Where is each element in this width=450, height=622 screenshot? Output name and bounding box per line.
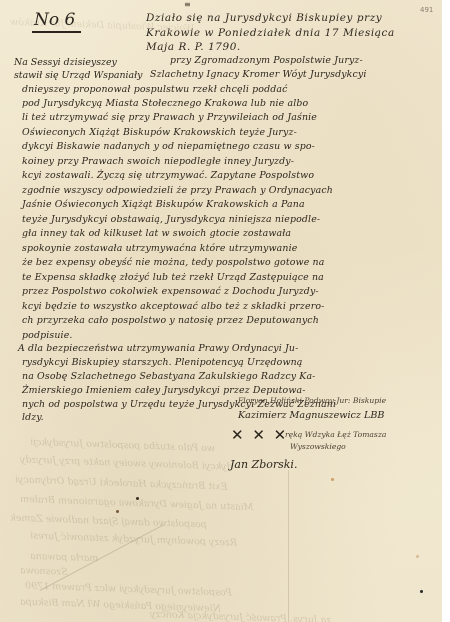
bleed-line: Exit Brańczycka Harolecki Urząd Ordynacy…	[15, 474, 228, 492]
body-line: teyże Jurysdykcyi obstawaią, Jurysdykcya…	[22, 214, 320, 225]
document-number: No 6	[32, 10, 81, 33]
bleed-line: marła pawana	[30, 551, 99, 564]
bleed-line: wo Palo stużba pospolstwo Jurysdykcji	[30, 437, 215, 454]
bleed-line: dykcyi Boleniowy swoiey nakte przy Juryz…	[20, 454, 233, 472]
body-line: Szlachetny Ignacy Kromer Wóyt Jurysdykcy…	[150, 69, 367, 80]
body-line: rysdykcyi Biskupiey starszych. Plenipote…	[22, 357, 303, 368]
stain-spot	[331, 478, 334, 481]
body-line: li też utrzymywać się przy Prawach y Prz…	[22, 112, 317, 123]
body-line: podpisuie.	[22, 330, 73, 341]
body-line: dykcyi Biskawie nadanych y od niepamiętn…	[22, 141, 315, 152]
body-line: Żmierskiego Imieniem całey Jurysdykcyi p…	[22, 385, 306, 396]
body-line: ch przyrzeka cało pospolstwo y natosię p…	[22, 315, 319, 326]
body-line: kcyi zostawali. Życzą się utrzymywać. Za…	[22, 170, 314, 181]
body-line: pod Jurysdykcyą Miasta Stołecznego Krako…	[22, 98, 308, 109]
folio-number: 491	[420, 6, 433, 14]
scan-edge	[442, 0, 446, 622]
body-line: spokoynie zostawała utrzymywaćna które u…	[22, 243, 297, 254]
signature-reka: ręką Wdzyka Łęż Tomasza	[285, 430, 386, 439]
bleed-line: Rzezy powolnym Juryzdyk zstanowić Juresi	[30, 530, 237, 548]
body-line: przy Zgromadzonym Pospolstwie Juryz-	[170, 55, 363, 66]
margin-note-line-2: stawił się Urząd Wspaniały	[14, 70, 142, 81]
ink-spot	[116, 510, 119, 513]
body-line: Oświeconych Xiążąt Biskupów Krakowskich …	[22, 127, 297, 138]
heading-line-3: Maja R. P. 1790.	[146, 41, 241, 53]
body-line: kcyi będzie to wszystko akceptować albo …	[22, 301, 324, 312]
bleed-line: Pospolstwo Jurysdykcyi wlcz Prawem 1790	[25, 580, 232, 598]
signature-kazimierz: Kazimierz Magnuszewicz LBB	[238, 410, 384, 421]
bleed-line: za Jurys. Prawość Jurysdykcja Kończy	[150, 609, 332, 622]
body-line: na Osobę Szlachetnego Sebastyana Zakulsk…	[22, 371, 316, 382]
body-line: A dla bezpieczeństwa utrzymywania Prawy …	[18, 343, 298, 354]
body-line: te Expensa składkę złożyć lub też rzekł …	[22, 272, 324, 283]
bleed-line: pospolstwo dawaj Sjazd nadlowie Zamek	[10, 513, 207, 531]
body-line: zgodnie wszyscy odpowiedzieli że przy Pr…	[22, 185, 333, 196]
stain-spot	[416, 555, 419, 558]
paper-fold	[288, 470, 289, 622]
paper-crease	[40, 524, 164, 591]
margin-note-line-1: Na Sessyi dzisieyszey	[14, 57, 117, 68]
body-line: dnieyszey proponował pospulstwu rzekł ch…	[22, 84, 288, 95]
body-line: że bez expensy obeyść nie można, tedy po…	[22, 257, 324, 268]
bleed-line: Niewieyniego Pańskiego Wł Nam Biskupa	[20, 596, 221, 614]
body-line: koiney przy Prawach swoich niepodległe i…	[22, 156, 294, 167]
heading-line-2: Krakowie w Poniedziałek dnia 17 Miesiąca	[146, 27, 395, 39]
top-scribble-mark: ≡	[184, 0, 191, 9]
signature-jan-zborski: Jan Zborski.	[230, 458, 297, 471]
body-line: przez Pospolstwo cokolwiek expensować z …	[22, 286, 319, 297]
bleed-line: Szosnowa	[20, 565, 68, 578]
signature-florian: Floryan Hołiński Podwoy Jur: Biskupie	[238, 396, 386, 405]
manuscript-page: wo Palo stużba pospolstwo Jurysdykcji dy…	[0, 0, 446, 622]
signature-crosses: ✕ ✕ ✕	[231, 426, 288, 444]
body-line: gła inney tak od kilkuset lat w swoich g…	[22, 228, 291, 239]
body-line: ldzy.	[22, 412, 44, 423]
bleed-line: Miastu na Jagiew Dyrakowa ogarnionem Bra…	[20, 494, 254, 513]
ink-spot	[420, 590, 423, 593]
heading-line-1: Działo się na Jurysdykcyi Biskupiey przy	[146, 12, 382, 24]
body-line: Jaśnie Oświeconych Xiążąt Biskupów Krako…	[22, 199, 305, 210]
ink-spot	[136, 497, 139, 500]
signature-reka-line2: Wyszowskiego	[290, 442, 346, 451]
